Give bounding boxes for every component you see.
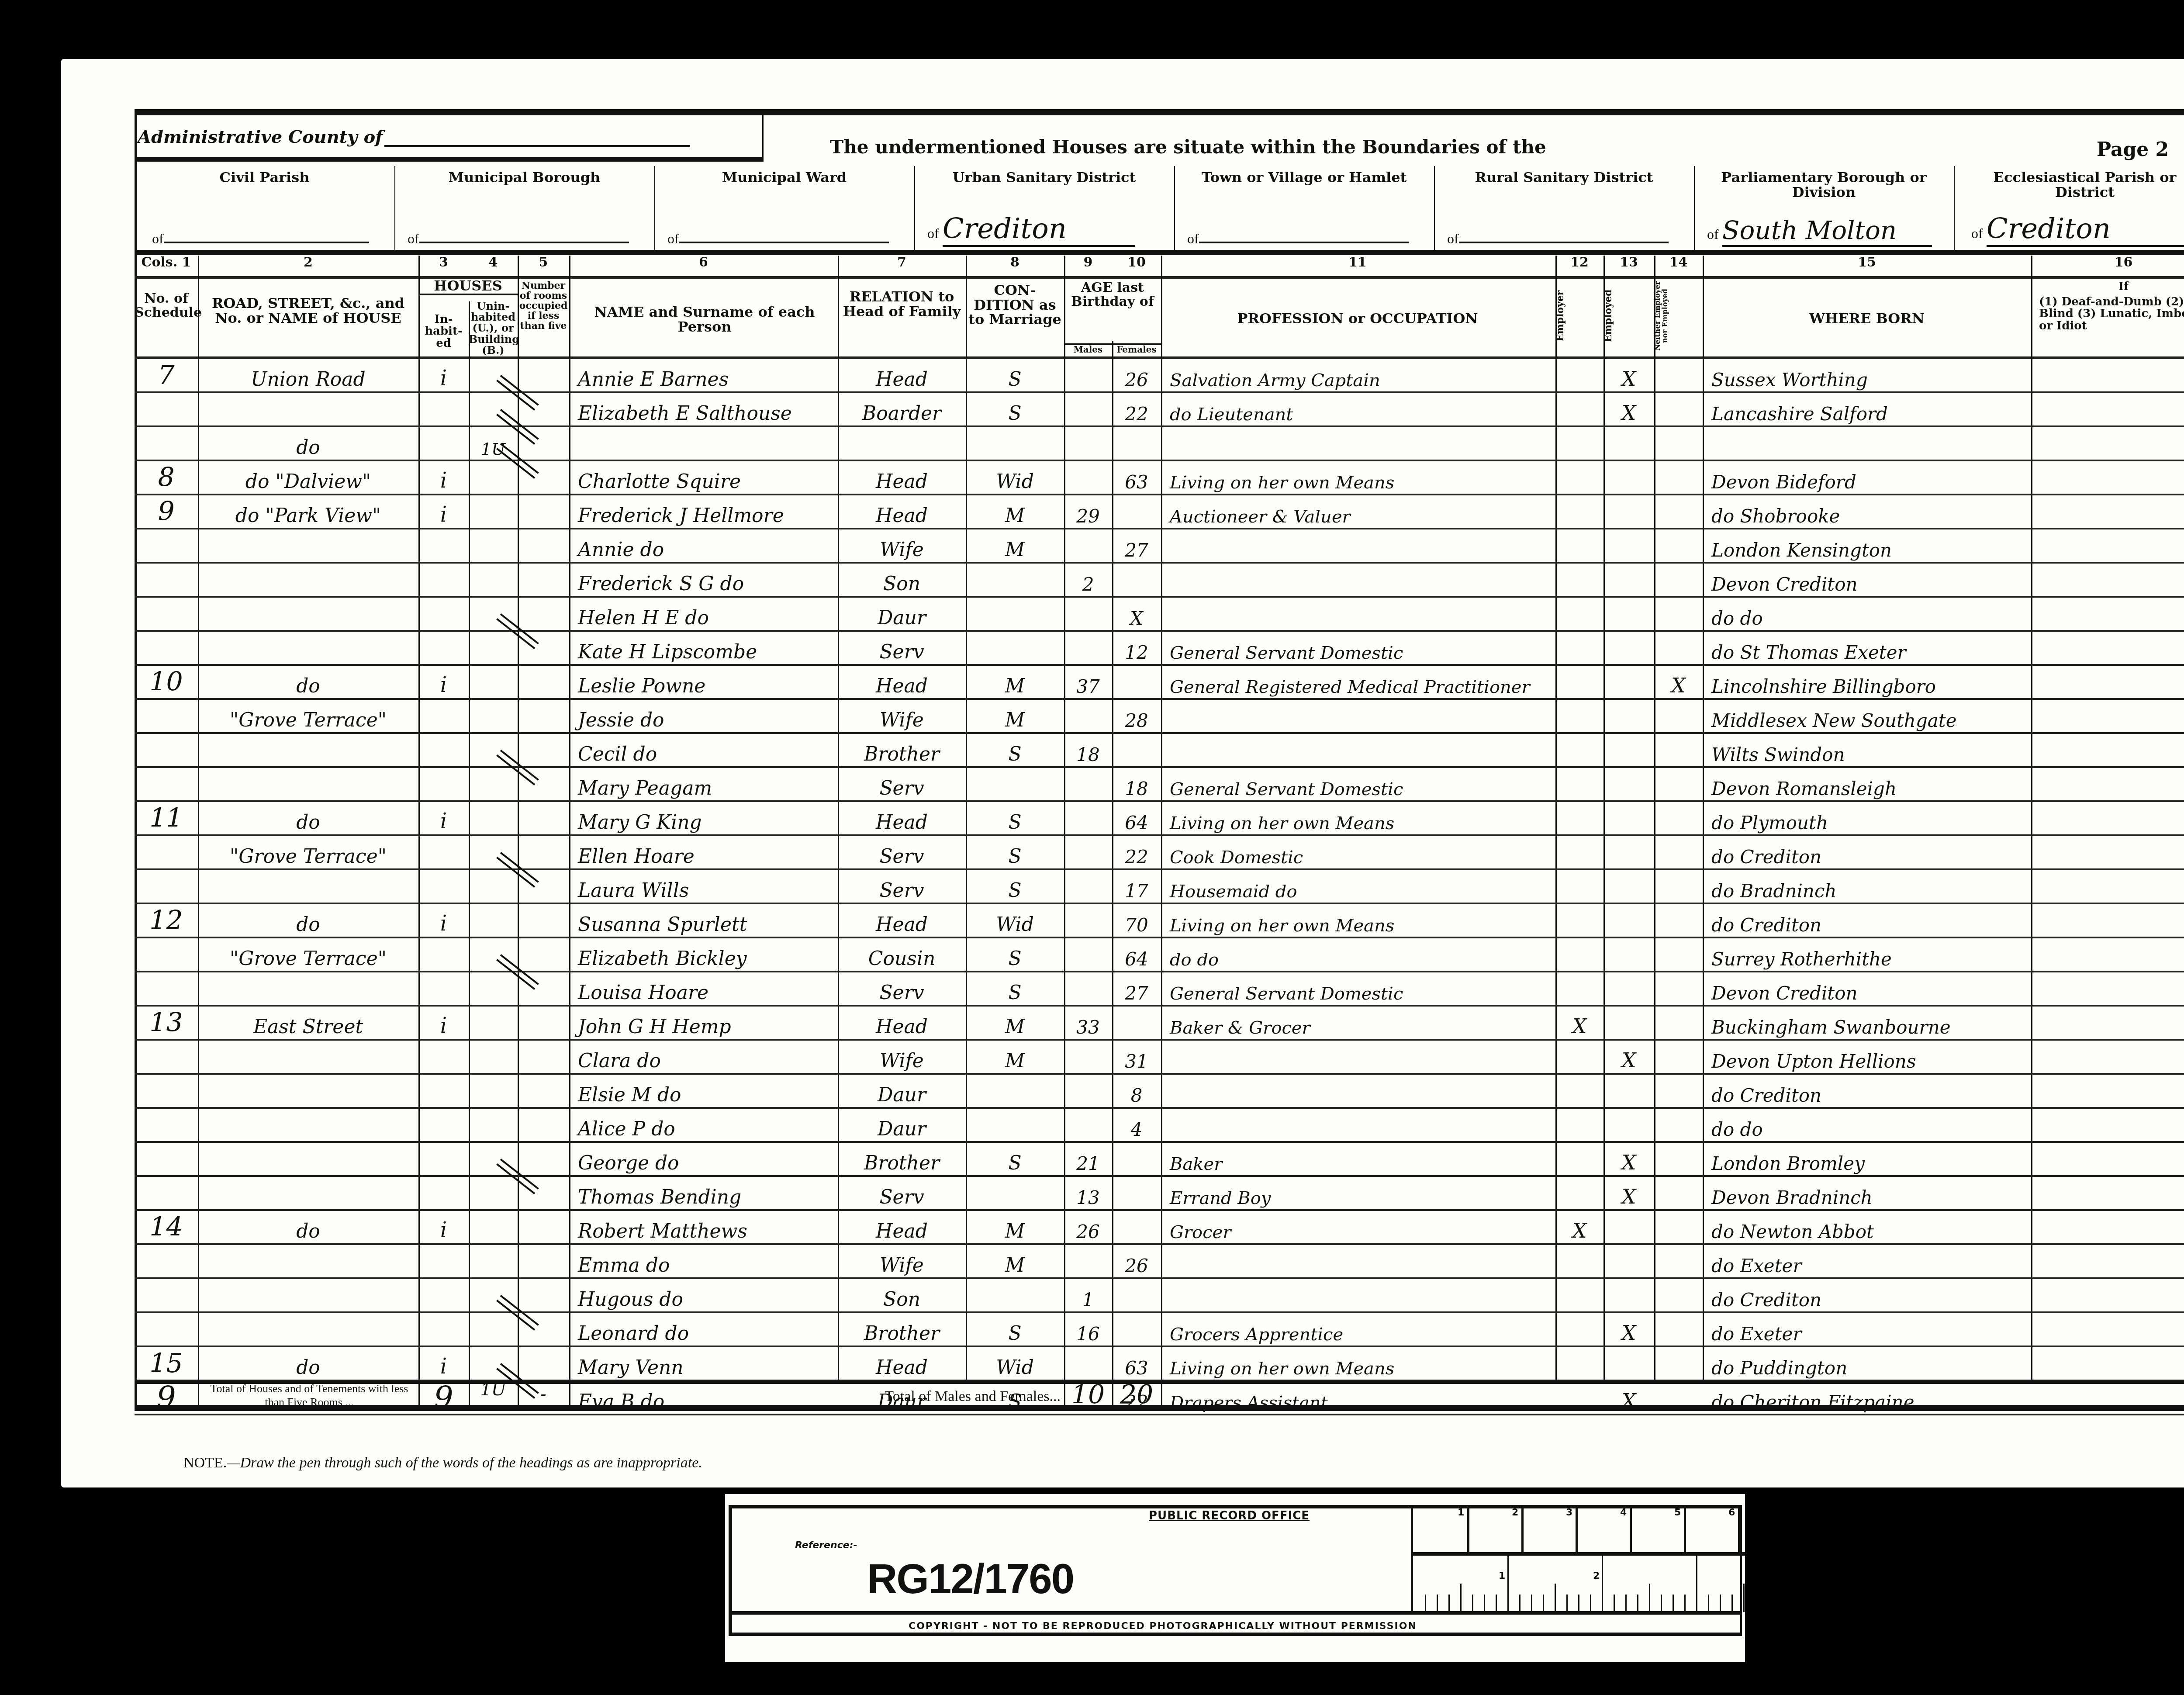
birthplace: do Newton Abbot — [1703, 1211, 2031, 1245]
infirmity — [2031, 836, 2184, 870]
street-address: do — [198, 1347, 418, 1381]
marital-condition: S — [966, 734, 1064, 768]
occupation — [1161, 598, 1555, 632]
street-address — [198, 972, 418, 1007]
age-female: 28 — [1112, 700, 1161, 734]
street-address — [198, 1143, 418, 1177]
totals-row: 9 Total of Houses and of Tenements with … — [135, 1384, 2184, 1411]
infirmity — [2031, 700, 2184, 734]
marital-condition — [966, 1075, 1064, 1109]
relation: Wife — [838, 529, 966, 564]
neither-mark — [1654, 836, 1703, 870]
inhabited-mark — [418, 1245, 469, 1279]
street-address — [198, 632, 418, 666]
reference-label: Reference:- — [795, 1540, 857, 1551]
person-name: Mary Venn — [569, 1347, 838, 1381]
col-num: 3 — [418, 256, 469, 270]
occupation: Salvation Army Captain — [1161, 359, 1555, 393]
birthplace: Lancashire Salford — [1703, 393, 2031, 427]
relation: Daur — [838, 1109, 966, 1143]
employed-mark — [1603, 734, 1654, 768]
scale-label: 1 — [1458, 1507, 1464, 1518]
employed-mark — [1603, 495, 1654, 529]
street-address — [198, 1177, 418, 1211]
header-rooms: Number of rooms occupied if less than fi… — [518, 281, 569, 331]
birthplace: Sussex Worthing — [1703, 359, 2031, 393]
birthplace: Devon Crediton — [1703, 564, 2031, 598]
inhabited-mark: i — [418, 1347, 469, 1381]
district-label: Parliamentary Borough or Division — [1694, 170, 1954, 200]
street-address: Union Road — [198, 359, 418, 393]
header-infirmity: (1) Deaf-and-Dumb (2) Blind (3) Lunatic,… — [2039, 296, 2184, 332]
infirmity — [2031, 972, 2184, 1007]
uninhabited-mark — [469, 1211, 518, 1245]
neither-mark — [1654, 1109, 1703, 1143]
neither-mark — [1654, 564, 1703, 598]
marital-condition: S — [966, 1143, 1064, 1177]
relation: Serv — [838, 1177, 966, 1211]
street-address — [198, 1245, 418, 1279]
occupation: do Lieutenant — [1161, 393, 1555, 427]
rooms-count — [518, 359, 569, 393]
district-parliamentary: Parliamentary Borough or Division of Sou… — [1694, 166, 1955, 253]
district-of: of South Molton — [1707, 215, 1932, 247]
neither-mark — [1654, 768, 1703, 802]
marital-condition: S — [966, 938, 1064, 972]
neither-mark — [1654, 1211, 1703, 1245]
age-male: 21 — [1064, 1143, 1112, 1177]
boundaries-text: The undermentioned Houses are situate wi… — [830, 138, 1546, 157]
birthplace: do Shobrooke — [1703, 495, 2031, 529]
inhabited-mark — [418, 427, 469, 461]
street-address: "Grove Terrace" — [198, 938, 418, 972]
birthplace: do Exeter — [1703, 1245, 2031, 1279]
person-name: Alice P do — [569, 1109, 838, 1143]
relation: Head — [838, 904, 966, 938]
neither-mark — [1654, 495, 1703, 529]
employer-mark — [1555, 972, 1603, 1007]
header-houses: HOUSES — [418, 279, 518, 295]
marital-condition: M — [966, 529, 1064, 564]
person-name: Cecil do — [569, 734, 838, 768]
age-female — [1112, 495, 1161, 529]
employer-mark — [1555, 700, 1603, 734]
infirmity — [2031, 1075, 2184, 1109]
scale-label: 2 — [1593, 1570, 1600, 1581]
street-address — [198, 734, 418, 768]
col-num: 7 — [838, 256, 966, 270]
person-name: George do — [569, 1143, 838, 1177]
uninhabited-mark — [469, 666, 518, 700]
total-females: 20 — [1112, 1380, 1161, 1410]
employer-mark — [1555, 1279, 1603, 1313]
person-name: Leslie Powne — [569, 666, 838, 700]
street-address — [198, 1041, 418, 1075]
scale-tick — [1684, 1505, 1686, 1552]
header-relation: RELATION to Head of Family — [838, 290, 966, 319]
relation: Wife — [838, 1245, 966, 1279]
infirmity — [2031, 632, 2184, 666]
marital-condition: M — [966, 700, 1064, 734]
occupation — [1161, 1075, 1555, 1109]
age-female: 22 — [1112, 393, 1161, 427]
infirmity — [2031, 393, 2184, 427]
relation: Serv — [838, 632, 966, 666]
age-female: 70 — [1112, 904, 1161, 938]
age-female: 64 — [1112, 938, 1161, 972]
person-name: Robert Matthews — [569, 1211, 838, 1245]
neither-mark — [1654, 427, 1703, 461]
birthplace: do St Thomas Exeter — [1703, 632, 2031, 666]
person-name: Helen H E do — [569, 598, 838, 632]
uninhabited-mark — [469, 632, 518, 666]
schedule-number: 15 — [135, 1347, 198, 1381]
scale-label: 1 — [1499, 1570, 1505, 1581]
header-if: If — [2031, 281, 2184, 293]
ecclesiastical-value: Crediton — [1987, 213, 2184, 247]
age-female: 63 — [1112, 461, 1161, 495]
age-male — [1064, 1245, 1112, 1279]
measurement-scale: 123456 12 — [1411, 1505, 1745, 1612]
header-age: AGE last Birthday of — [1064, 281, 1161, 308]
schedule-number — [135, 1245, 198, 1279]
scale-tick — [1555, 1584, 1556, 1612]
col-num: 16 — [2031, 256, 2184, 270]
inhabited-mark — [418, 598, 469, 632]
inhabited-mark — [418, 564, 469, 598]
total-rooms: - — [518, 1384, 569, 1404]
age-male — [1064, 938, 1112, 972]
district-of: of — [1187, 231, 1409, 247]
occupation — [1161, 564, 1555, 598]
infirmity — [2031, 529, 2184, 564]
birthplace: Wilts Swindon — [1703, 734, 2031, 768]
age-male: 37 — [1064, 666, 1112, 700]
schedule-number — [135, 700, 198, 734]
marital-condition: M — [966, 1245, 1064, 1279]
footnote: NOTE.—Draw the pen through such of the w… — [183, 1455, 702, 1471]
occupation: Living on her own Means — [1161, 461, 1555, 495]
column-headers: No. of Schedule ROAD, STREET, &c., and N… — [135, 279, 2184, 357]
schedule-number: 7 — [135, 359, 198, 393]
rooms-count — [518, 1109, 569, 1143]
infirmity — [2031, 1109, 2184, 1143]
infirmity — [2031, 904, 2184, 938]
scale-tick — [1708, 1595, 1709, 1612]
inhabited-mark: i — [418, 802, 469, 836]
age-female: 17 — [1112, 870, 1161, 904]
birthplace: Devon Bradninch — [1703, 1177, 2031, 1211]
neither-mark — [1654, 802, 1703, 836]
col-num: 8 — [966, 256, 1064, 270]
relation: Serv — [838, 768, 966, 802]
neither-mark — [1654, 1313, 1703, 1347]
marital-condition — [966, 427, 1064, 461]
occupation — [1161, 1279, 1555, 1313]
age-male — [1064, 700, 1112, 734]
note-lead: NOTE. — [183, 1455, 227, 1471]
birthplace: Buckingham Swanbourne — [1703, 1007, 2031, 1041]
district-label: Civil Parish — [135, 170, 394, 185]
district-label: Municipal Ward — [654, 170, 914, 185]
scale-label: 4 — [1620, 1507, 1627, 1518]
scale-tick — [1673, 1595, 1674, 1612]
street-address — [198, 1313, 418, 1347]
infirmity — [2031, 734, 2184, 768]
employer-mark — [1555, 495, 1603, 529]
col-num: 15 — [1703, 256, 2031, 270]
infirmity — [2031, 461, 2184, 495]
uninhabited-mark — [469, 802, 518, 836]
person-name: Annie do — [569, 529, 838, 564]
marital-condition — [966, 768, 1064, 802]
schedule-number — [135, 564, 198, 598]
age-male — [1064, 904, 1112, 938]
employed-mark — [1603, 870, 1654, 904]
scale-tick — [1531, 1595, 1532, 1612]
uninhabited-mark — [469, 529, 518, 564]
district-label: Ecclesiastical Parish or District — [1954, 170, 2184, 200]
employed-mark: X — [1603, 1313, 1654, 1347]
marital-condition: S — [966, 972, 1064, 1007]
schedule-number: 13 — [135, 1007, 198, 1041]
age-female: 27 — [1112, 972, 1161, 1007]
age-male — [1064, 461, 1112, 495]
relation: Serv — [838, 972, 966, 1007]
scale-tick — [1519, 1595, 1521, 1612]
marital-condition — [966, 632, 1064, 666]
inhabited-mark — [418, 1109, 469, 1143]
district-rural-sanitary: Rural Sanitary District of — [1434, 166, 1695, 253]
employer-mark: X — [1555, 1211, 1603, 1245]
person-name: Frederick S G do — [569, 564, 838, 598]
schedule-number — [135, 1041, 198, 1075]
infirmity — [2031, 1313, 2184, 1347]
infirmity — [2031, 1041, 2184, 1075]
infirmity — [2031, 802, 2184, 836]
age-male: 33 — [1064, 1007, 1112, 1041]
person-name — [569, 427, 838, 461]
occupation: Living on her own Means — [1161, 802, 1555, 836]
schedule-number — [135, 1109, 198, 1143]
occupation: Auctioneer & Valuer — [1161, 495, 1555, 529]
inhabited-mark: i — [418, 1007, 469, 1041]
relation: Head — [838, 1007, 966, 1041]
employed-mark — [1603, 598, 1654, 632]
uninhabited-mark — [469, 461, 518, 495]
employer-mark — [1555, 1177, 1603, 1211]
neither-mark — [1654, 461, 1703, 495]
age-male — [1064, 427, 1112, 461]
relation: Cousin — [838, 938, 966, 972]
employed-mark — [1603, 529, 1654, 564]
district-of: of — [667, 231, 889, 247]
employer-mark — [1555, 768, 1603, 802]
occupation — [1161, 427, 1555, 461]
inhabited-mark — [418, 632, 469, 666]
scale-tick — [1460, 1584, 1462, 1612]
occupation: Grocers Apprentice — [1161, 1313, 1555, 1347]
street-address — [198, 564, 418, 598]
employer-mark — [1555, 836, 1603, 870]
employer-mark — [1555, 1143, 1603, 1177]
uninhabited-mark — [469, 1245, 518, 1279]
birthplace: Devon Romansleigh — [1703, 768, 2031, 802]
inhabited-mark — [418, 1279, 469, 1313]
rooms-count — [518, 1041, 569, 1075]
neither-mark — [1654, 1075, 1703, 1109]
inhabited-mark — [418, 836, 469, 870]
district-of: of Crediton — [1971, 213, 2184, 247]
marital-condition: S — [966, 802, 1064, 836]
scale-label: 5 — [1674, 1507, 1681, 1518]
district-label: Rural Sanitary District — [1434, 170, 1694, 185]
neither-mark — [1654, 870, 1703, 904]
employed-mark — [1603, 461, 1654, 495]
scale-tick — [1731, 1595, 1733, 1612]
scale-tick — [1738, 1505, 1740, 1552]
neither-mark — [1654, 529, 1703, 564]
schedule-number — [135, 393, 198, 427]
scale-tick — [1743, 1584, 1745, 1612]
street-address — [198, 598, 418, 632]
district-of: of — [152, 231, 369, 247]
birthplace: Lincolnshire Billingboro — [1703, 666, 2031, 700]
age-female: 64 — [1112, 802, 1161, 836]
birthplace: do Crediton — [1703, 1279, 2031, 1313]
relation: Serv — [838, 870, 966, 904]
street-address: do — [198, 802, 418, 836]
birthplace: Middlesex New Southgate — [1703, 700, 2031, 734]
marital-condition: M — [966, 1041, 1064, 1075]
uninhabited-mark — [469, 870, 518, 904]
marital-condition: M — [966, 1007, 1064, 1041]
person-name: Susanna Spurlett — [569, 904, 838, 938]
scale-tick — [1649, 1584, 1650, 1612]
birthplace: do Crediton — [1703, 904, 2031, 938]
neither-mark — [1654, 598, 1703, 632]
employer-mark — [1555, 802, 1603, 836]
street-address: "Grove Terrace" — [198, 836, 418, 870]
employed-mark — [1603, 836, 1654, 870]
marital-condition: M — [966, 1211, 1064, 1245]
schedule-number — [135, 1177, 198, 1211]
schedule-number — [135, 870, 198, 904]
col-num: 4 — [469, 256, 518, 270]
person-name: Thomas Bending — [569, 1177, 838, 1211]
occupation: Living on her own Means — [1161, 904, 1555, 938]
age-female: 22 — [1112, 836, 1161, 870]
rooms-count — [518, 938, 569, 972]
schedule-number — [135, 632, 198, 666]
inhabited-mark — [418, 700, 469, 734]
neither-mark — [1654, 734, 1703, 768]
age-female — [1112, 1007, 1161, 1041]
employer-mark — [1555, 427, 1603, 461]
street-address: do "Park View" — [198, 495, 418, 529]
rooms-count — [518, 904, 569, 938]
header-street: ROAD, STREET, &c., and No. or NAME of HO… — [204, 296, 412, 325]
birthplace: do Bradninch — [1703, 870, 2031, 904]
marital-condition: Wid — [966, 461, 1064, 495]
schedule-number — [135, 768, 198, 802]
age-female: 31 — [1112, 1041, 1161, 1075]
inhabited-mark — [418, 938, 469, 972]
rooms-count — [518, 700, 569, 734]
col-num: Cols. 1 — [135, 256, 198, 270]
employer-mark: X — [1555, 1007, 1603, 1041]
person-name: Leonard do — [569, 1313, 838, 1347]
employer-mark — [1555, 1041, 1603, 1075]
person-name: Louisa Hoare — [569, 972, 838, 1007]
age-male — [1064, 972, 1112, 1007]
infirmity — [2031, 938, 2184, 972]
marital-condition — [966, 1279, 1064, 1313]
birthplace: do Puddington — [1703, 1347, 2031, 1381]
age-female: 27 — [1112, 529, 1161, 564]
scale-tick — [1637, 1595, 1638, 1612]
page-number: Page 2 — [2097, 140, 2169, 160]
schedule-number: 11 — [135, 802, 198, 836]
person-name: Jessie do — [569, 700, 838, 734]
schedule-number — [135, 427, 198, 461]
district-town-village: Town or Village or Hamlet of — [1174, 166, 1435, 253]
street-address: do — [198, 1211, 418, 1245]
marital-condition: Wid — [966, 904, 1064, 938]
scale-tick — [1630, 1505, 1632, 1552]
header-condition: CON-DITION as to Marriage — [966, 283, 1064, 327]
employed-mark — [1603, 938, 1654, 972]
uninhabited-mark — [469, 1177, 518, 1211]
col-num: 6 — [569, 256, 838, 270]
age-female: 26 — [1112, 359, 1161, 393]
district-municipal-borough: Municipal Borough of — [394, 166, 655, 253]
person-name: Clara do — [569, 1041, 838, 1075]
birthplace: Devon Crediton — [1703, 972, 2031, 1007]
occupation: Errand Boy — [1161, 1177, 1555, 1211]
marital-condition: S — [966, 393, 1064, 427]
scale-tick — [1566, 1595, 1568, 1612]
employed-mark — [1603, 904, 1654, 938]
relation: Head — [838, 1347, 966, 1381]
inhabited-mark — [418, 1313, 469, 1347]
inhabited-mark: i — [418, 359, 469, 393]
col-num: 5 — [518, 256, 569, 270]
district-label: Urban Sanitary District — [914, 170, 1174, 185]
person-name: Charlotte Squire — [569, 461, 838, 495]
uninhabited-mark — [469, 904, 518, 938]
relation: Head — [838, 666, 966, 700]
district-urban-sanitary: Urban Sanitary District of Crediton — [914, 166, 1175, 253]
street-address — [198, 1279, 418, 1313]
uninhabited-mark — [469, 1041, 518, 1075]
street-address: do — [198, 427, 418, 461]
neither-mark: X — [1654, 666, 1703, 700]
header-name: NAME and Surname of each Person — [580, 305, 829, 334]
marital-condition: S — [966, 1313, 1064, 1347]
scale-label: 2 — [1512, 1507, 1518, 1518]
uninhabited-mark — [469, 700, 518, 734]
employer-mark — [1555, 461, 1603, 495]
age-female: 26 — [1112, 1245, 1161, 1279]
admin-county: Administrative County of — [138, 127, 758, 155]
birthplace — [1703, 427, 2031, 461]
header-inhabited: In-habit-ed — [418, 314, 469, 349]
inhabited-mark: i — [418, 1211, 469, 1245]
infirmity — [2031, 359, 2184, 393]
col-num: 11 — [1161, 256, 1554, 270]
infirmity — [2031, 870, 2184, 904]
